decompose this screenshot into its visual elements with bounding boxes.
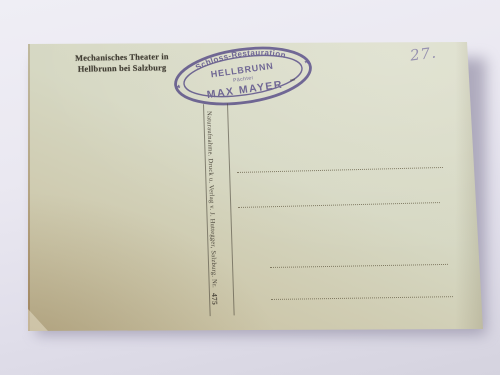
card-left-edge bbox=[28, 44, 30, 331]
ink-speck bbox=[307, 62, 310, 64]
postcard: Mechanisches Theater in Hellbrunn bei Sa… bbox=[0, 0, 500, 375]
divider-rule-right bbox=[227, 103, 235, 315]
imprint-number: 475 bbox=[210, 293, 219, 305]
address-line-3 bbox=[270, 264, 448, 268]
caption-line2: Hellbrunn bei Salzburg bbox=[74, 62, 170, 75]
handwritten-number: 27. bbox=[409, 43, 438, 64]
address-line-2 bbox=[238, 202, 440, 208]
address-line-4 bbox=[271, 296, 453, 300]
divider-imprint-group: Naturaufnahme. Druck u. Verlag v. J. Hut… bbox=[194, 103, 237, 318]
rubber-stamp: Schloss-Restauration HELLBRUNN Pächter M… bbox=[164, 32, 322, 120]
postcard-caption: Mechanisches Theater in Hellbrunn bei Sa… bbox=[74, 51, 170, 75]
corner-crease bbox=[28, 309, 48, 331]
photo-background: Mechanisches Theater in Hellbrunn bei Sa… bbox=[0, 0, 500, 375]
stamp-star-left-icon: * bbox=[176, 83, 181, 93]
publisher-imprint: Naturaufnahme. Druck u. Verlag v. J. Hut… bbox=[204, 111, 219, 313]
address-line-1 bbox=[237, 167, 443, 173]
